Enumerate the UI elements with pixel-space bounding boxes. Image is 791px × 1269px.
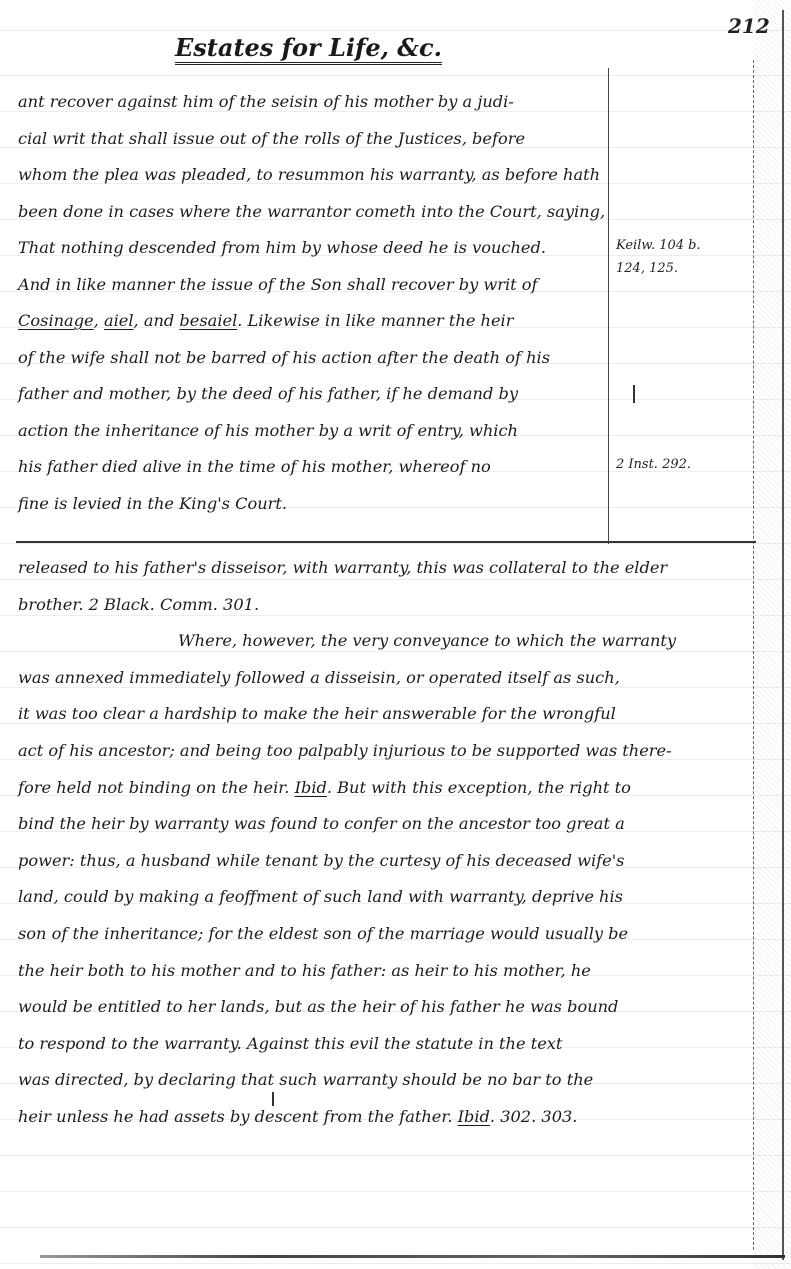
text-line: fine is levied in the King's Court. — [18, 486, 606, 523]
text-span: fore held not binding on the heir. — [18, 778, 295, 797]
section-divider-rule — [16, 541, 756, 543]
text-line: Where, however, the very conveyance to w… — [18, 623, 758, 660]
text-line: ant recover against him of the seisin of… — [18, 84, 606, 121]
text-line: of the wife shall not be barred of his a… — [18, 340, 606, 377]
page-title: Estates for Life, &c. — [175, 34, 442, 65]
text-span: , — [94, 311, 104, 330]
text-line: was annexed immediately followed a disse… — [18, 660, 758, 697]
ink-mark — [633, 385, 635, 403]
text-line: fore held not binding on the heir. Ibid.… — [18, 770, 758, 807]
underlined-term: Ibid — [295, 778, 327, 797]
lower-text-block: released to his father's disseisor, with… — [18, 550, 758, 1136]
text-line: would be entitled to her lands, but as t… — [18, 989, 758, 1026]
text-span: , and — [134, 311, 180, 330]
upper-text-block: ant recover against him of the seisin of… — [18, 84, 606, 522]
text-line: heir unless he had assets by descent fro… — [18, 1099, 758, 1136]
margin-citation: 124, 125. — [616, 261, 678, 276]
text-line: his father died alive in the time of his… — [18, 449, 606, 486]
text-line: action the inheritance of his mother by … — [18, 413, 606, 450]
page-edge-shading — [753, 0, 791, 1269]
margin-citation: 2 Inst. 292. — [616, 457, 691, 472]
text-line: cial writ that shall issue out of the ro… — [18, 121, 606, 158]
text-line: son of the inheritance; for the eldest s… — [18, 916, 758, 953]
text-line: land, could by making a feoffment of suc… — [18, 879, 758, 916]
text-line: whom the plea was pleaded, to resummon h… — [18, 157, 606, 194]
text-line: father and mother, by the deed of his fa… — [18, 376, 606, 413]
underlined-term: Ibid — [458, 1107, 490, 1126]
text-line: act of his ancestor; and being too palpa… — [18, 733, 758, 770]
text-line: it was too clear a hardship to make the … — [18, 696, 758, 733]
text-line: been done in cases where the warrantor c… — [18, 194, 606, 231]
page-bottom-edge — [40, 1255, 785, 1258]
text-span: heir unless he had assets by descent fro… — [18, 1107, 458, 1126]
text-line: And in like manner the issue of the Son … — [18, 267, 606, 304]
underlined-term: Cosinage — [18, 311, 94, 330]
page-number: 212 — [728, 14, 770, 38]
ink-mark — [272, 1092, 274, 1106]
text-line: released to his father's disseisor, with… — [18, 550, 758, 587]
text-line: was directed, by declaring that such war… — [18, 1062, 758, 1099]
text-span: . Likewise in like manner the heir — [237, 311, 513, 330]
text-span: . 302. 303. — [490, 1107, 578, 1126]
underlined-term: aiel — [104, 311, 134, 330]
text-span: . But with this exception, the right to — [327, 778, 631, 797]
page-right-edge — [782, 10, 784, 1260]
text-line: That nothing descended from him by whose… — [18, 230, 606, 267]
text-line: Cosinage, aiel, and besaiel. Likewise in… — [18, 303, 606, 340]
text-line: to respond to the warranty. Against this… — [18, 1026, 758, 1063]
text-line: bind the heir by warranty was found to c… — [18, 806, 758, 843]
underlined-term: besaiel — [179, 311, 237, 330]
manuscript-page: 212 Estates for Life, &c. ant recover ag… — [0, 0, 791, 1269]
margin-citation: Keilw. 104 b. — [616, 238, 701, 253]
margin-column-rule — [608, 68, 609, 544]
text-line: power: thus, a husband while tenant by t… — [18, 843, 758, 880]
text-line: brother. 2 Black. Comm. 301. — [18, 587, 758, 624]
text-line: the heir both to his mother and to his f… — [18, 953, 758, 990]
